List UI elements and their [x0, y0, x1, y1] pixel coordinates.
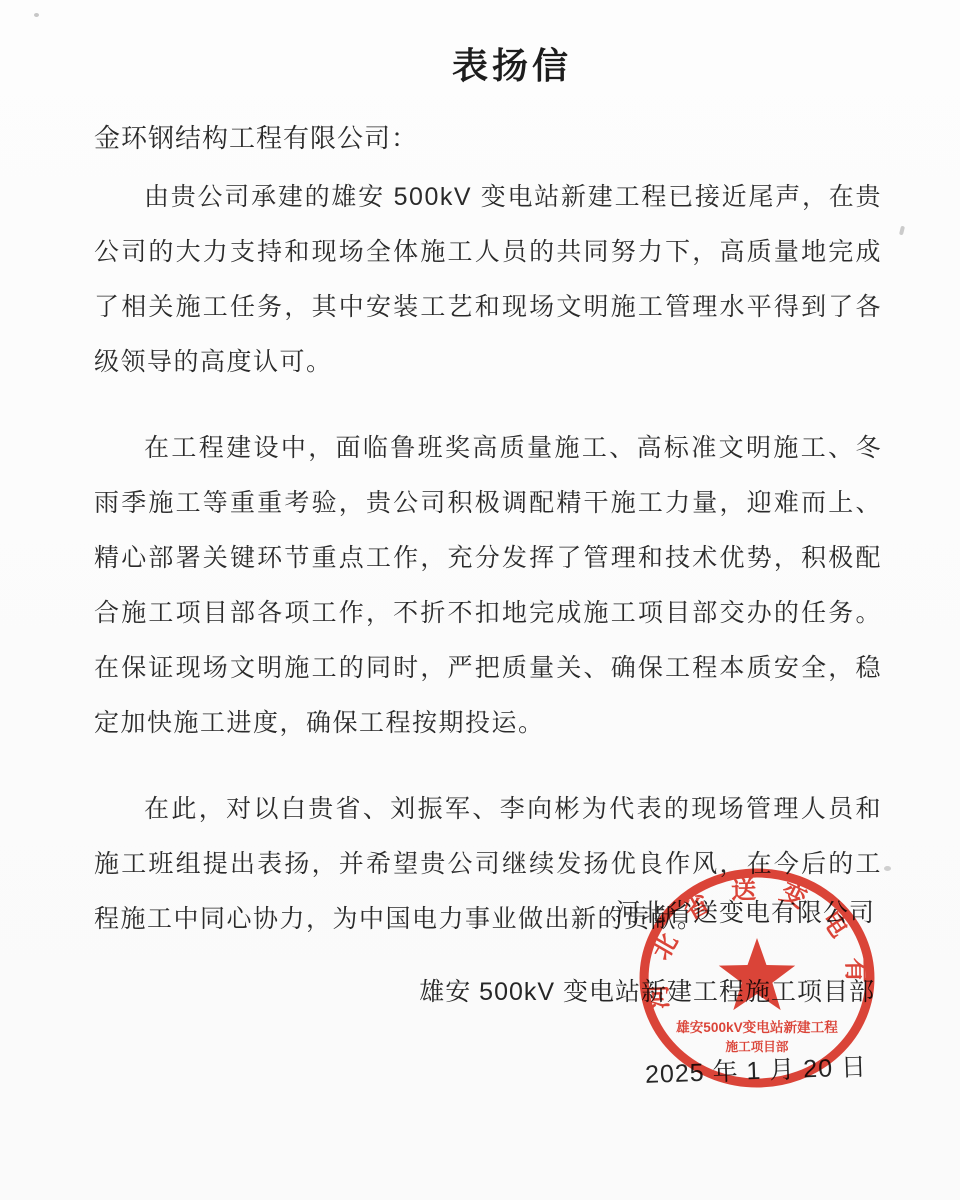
letter-salutation: 金环钢结构工程有限公司： [94, 118, 418, 155]
letter-body: 由贵公司承建的雄安 500kV 变电站新建工程已接近尾声，在贵公司的大力支持和现… [94, 170, 882, 978]
scan-speck [884, 866, 891, 871]
scan-speck [34, 13, 39, 17]
scan-speck [899, 226, 905, 236]
paragraph-2: 在工程建设中，面临鲁班奖高质量施工、高标准文明施工、冬雨季施工等重重考验，贵公司… [94, 421, 882, 751]
letter-page: 表扬信 金环钢结构工程有限公司： 由贵公司承建的雄安 500kV 变电站新建工程… [0, 0, 960, 1200]
paragraph-1: 由贵公司承建的雄安 500kV 变电站新建工程已接近尾声，在贵公司的大力支持和现… [94, 170, 882, 390]
scan-speck [100, 142, 103, 145]
signature-company: 河北省送变电有限公司 [615, 888, 875, 938]
signature-block: 河北省送变电有限公司 雄安 500kV 变电站新建工程施工项目部 2025 年 … [419, 888, 875, 1125]
signature-department: 雄安 500kV 变电站新建工程施工项目部 [419, 967, 875, 1017]
letter-title: 表扬信 [32, 38, 960, 89]
signature-date: 2025 年 1 月 20 日 [644, 1042, 868, 1100]
